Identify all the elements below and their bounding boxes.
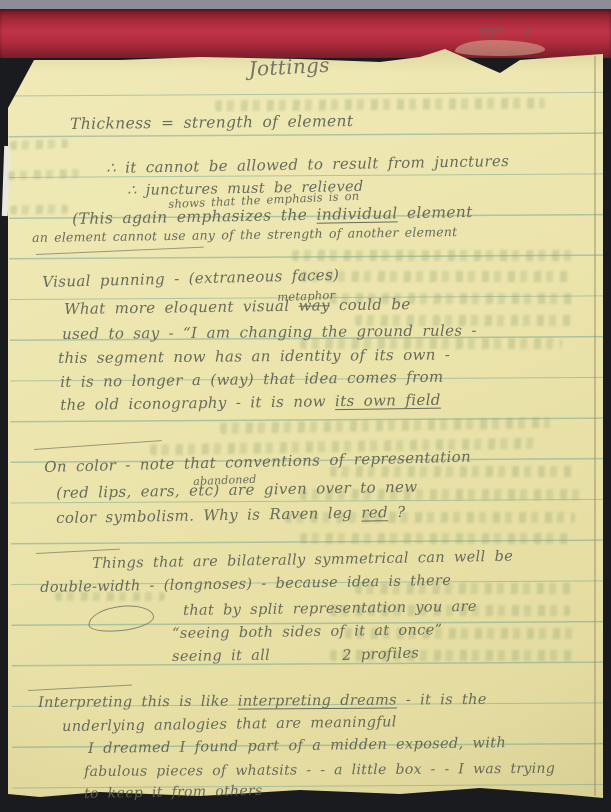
note-line: 2 profiles bbox=[342, 645, 419, 664]
note-text: What more eloquent visual bbox=[64, 297, 299, 318]
note-text: over to new bbox=[307, 478, 418, 498]
note-text: element bbox=[397, 203, 472, 222]
note-line: to keep it from others bbox=[84, 783, 263, 802]
note-text: the old iconography - it is now bbox=[60, 392, 335, 414]
page-number: 73? bbox=[477, 25, 503, 42]
bleedthrough-text bbox=[300, 271, 572, 282]
underlined-word: individual bbox=[316, 204, 397, 223]
note-line: seeing it all bbox=[172, 648, 270, 665]
bleedthrough-text bbox=[292, 250, 578, 261]
note-line: fabulous pieces of whatsits - - a little… bbox=[84, 761, 555, 780]
note-text: Interpreting this is like bbox=[38, 694, 238, 711]
note-line: used to say - “I am changing the ground … bbox=[62, 321, 477, 343]
checkmark-icon: ✓ bbox=[521, 23, 535, 41]
scanned-notebook-page: 73? ✓ Jottings Thickness = strength of e… bbox=[0, 0, 611, 812]
underlined-phrase: interpreting dreams bbox=[238, 692, 397, 709]
bleedthrough-text bbox=[10, 204, 68, 214]
note-line: this segment now has an identity of its … bbox=[58, 346, 450, 367]
note-line: Thickness = strength of element bbox=[70, 112, 353, 133]
struck-word: way bbox=[298, 296, 330, 314]
note-line: Interpreting this is like interpreting d… bbox=[38, 692, 487, 711]
note-text: - it is the bbox=[397, 692, 487, 709]
bleedthrough-text bbox=[300, 533, 570, 544]
note-text: could be bbox=[330, 295, 411, 314]
note-text: ? bbox=[388, 503, 406, 521]
underlined-word: field bbox=[396, 391, 441, 410]
note-text: (red lips, ears, etc) are bbox=[56, 480, 264, 502]
underlined-word: red bbox=[361, 503, 388, 521]
page-title: Jottings bbox=[248, 53, 330, 81]
note-text: given bbox=[264, 480, 307, 499]
torn-paper-remnant bbox=[455, 40, 545, 56]
underlined-word: its own bbox=[335, 391, 397, 410]
